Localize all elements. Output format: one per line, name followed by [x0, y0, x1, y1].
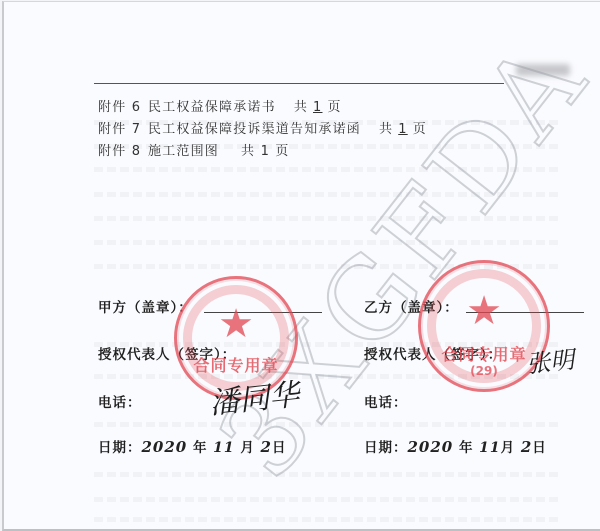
date-month: 11 [213, 440, 234, 456]
attachment-title: 施工范围图 [148, 140, 219, 159]
party-a-phone-label: 电话： [98, 391, 142, 411]
pages-suffix: 页 [328, 100, 342, 115]
pages-suffix: 页 [275, 144, 289, 159]
date-year: 2020 [142, 438, 188, 456]
pages-prefix: 共 [379, 122, 393, 137]
attachment-number: 附件 7 [98, 118, 148, 137]
party-b-signature: 张明 [524, 340, 575, 380]
bleed-through-line [94, 472, 560, 477]
party-b-date-label: 日期：2020 年 11月 2日 [364, 436, 547, 456]
star-icon: ★ [218, 304, 254, 344]
stamp-number: (29) [470, 364, 498, 378]
date-day: 2 [261, 438, 272, 456]
party-b-phone-label: 电话： [364, 391, 408, 411]
party-a-date-label: 日期：2020 年 11 月 2日 [98, 436, 286, 456]
bleed-through-line [94, 517, 560, 522]
attachment-number: 附件 6 [98, 96, 148, 115]
attachment-item: 附件 7民工权益保障投诉渠道告知承诺函共1页 [98, 118, 427, 137]
day-unit: 日 [532, 440, 547, 456]
attachment-number: 附件 8 [98, 140, 148, 159]
attachment-item: 附件 6民工权益保障承诺书共1页 [98, 96, 342, 115]
pages-prefix: 共 [241, 144, 255, 159]
watermark: 3XGFDA [194, 15, 600, 501]
date-day: 2 [521, 438, 532, 456]
month-unit: 月 [240, 440, 255, 456]
page-count: 1 [393, 122, 412, 137]
date-month: 11 [479, 440, 500, 456]
header-rule [94, 83, 504, 84]
year-unit: 年 [459, 440, 474, 456]
bleed-through-line [94, 497, 560, 502]
attachment-title: 民工权益保障投诉渠道告知承诺函 [148, 118, 361, 137]
party-a-signature: 潘同华 [207, 369, 301, 422]
date-label: 日期： [98, 440, 142, 456]
stamp-text: 合同专用章 [441, 342, 526, 365]
month-unit: 月 [501, 440, 516, 456]
year-unit: 年 [193, 440, 208, 456]
page-count: 1 [261, 144, 270, 159]
date-label: 日期： [364, 440, 408, 456]
date-year: 2020 [408, 438, 454, 456]
document-page: 附件 6民工权益保障承诺书共1页 附件 7民工权益保障投诉渠道告知承诺函共1页 … [2, 1, 600, 531]
star-icon: ★ [466, 291, 502, 331]
attachment-item: 附件 8施工范围图共 1 页 [98, 140, 290, 159]
page-count: 1 [308, 100, 327, 115]
day-unit: 日 [272, 440, 287, 456]
pages-prefix: 共 [294, 100, 308, 115]
attachment-title: 民工权益保障承诺书 [148, 96, 276, 115]
